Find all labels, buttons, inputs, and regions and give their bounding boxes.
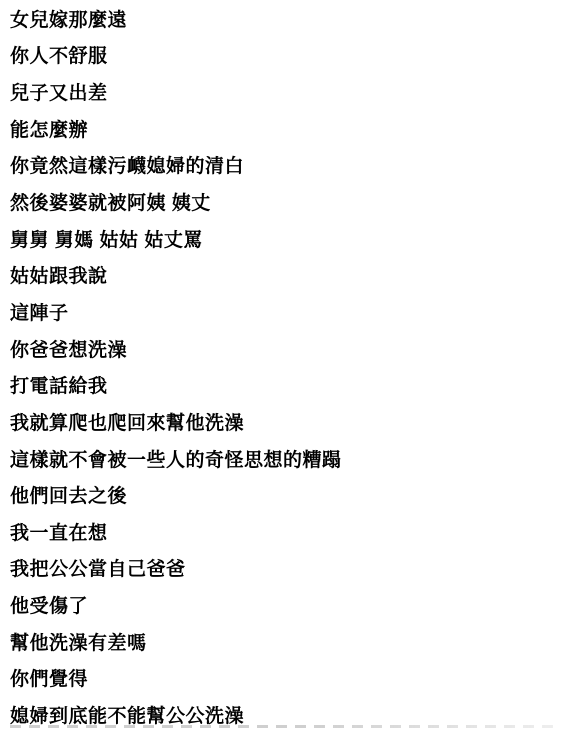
transcript-line: 我把公公當自己爸爸 xyxy=(10,550,586,587)
transcript: 女兒嫁那麼遠你人不舒服兒子又出差能怎麼辦你竟然這樣污衊媳婦的清白然後婆婆就被阿姨… xyxy=(0,0,586,729)
transcript-line: 姑姑跟我說 xyxy=(10,256,586,293)
transcript-line: 你人不舒服 xyxy=(10,37,586,74)
transcript-line: 我就算爬也爬回來幫他洗澡 xyxy=(10,403,586,440)
clipped-next-line-artifact xyxy=(10,725,560,728)
transcript-line: 這陣子 xyxy=(10,293,586,330)
transcript-line: 你們覺得 xyxy=(10,660,586,697)
transcript-line: 他們回去之後 xyxy=(10,476,586,513)
transcript-line: 然後婆婆就被阿姨 姨丈 xyxy=(10,183,586,220)
transcript-line: 舅舅 舅媽 姑姑 姑丈罵 xyxy=(10,220,586,257)
transcript-line: 兒子又出差 xyxy=(10,73,586,110)
transcript-line: 打電話給我 xyxy=(10,366,586,403)
transcript-line: 這樣就不會被一些人的奇怪思想的糟蹋 xyxy=(10,440,586,477)
transcript-line: 你竟然這樣污衊媳婦的清白 xyxy=(10,147,586,184)
transcript-line: 幫他洗澡有差嗎 xyxy=(10,623,586,660)
transcript-line: 女兒嫁那麼遠 xyxy=(10,0,586,37)
transcript-line: 能怎麼辦 xyxy=(10,110,586,147)
transcript-line: 他受傷了 xyxy=(10,586,586,623)
transcript-line: 我一直在想 xyxy=(10,513,586,550)
transcript-line: 你爸爸想洗澡 xyxy=(10,330,586,367)
